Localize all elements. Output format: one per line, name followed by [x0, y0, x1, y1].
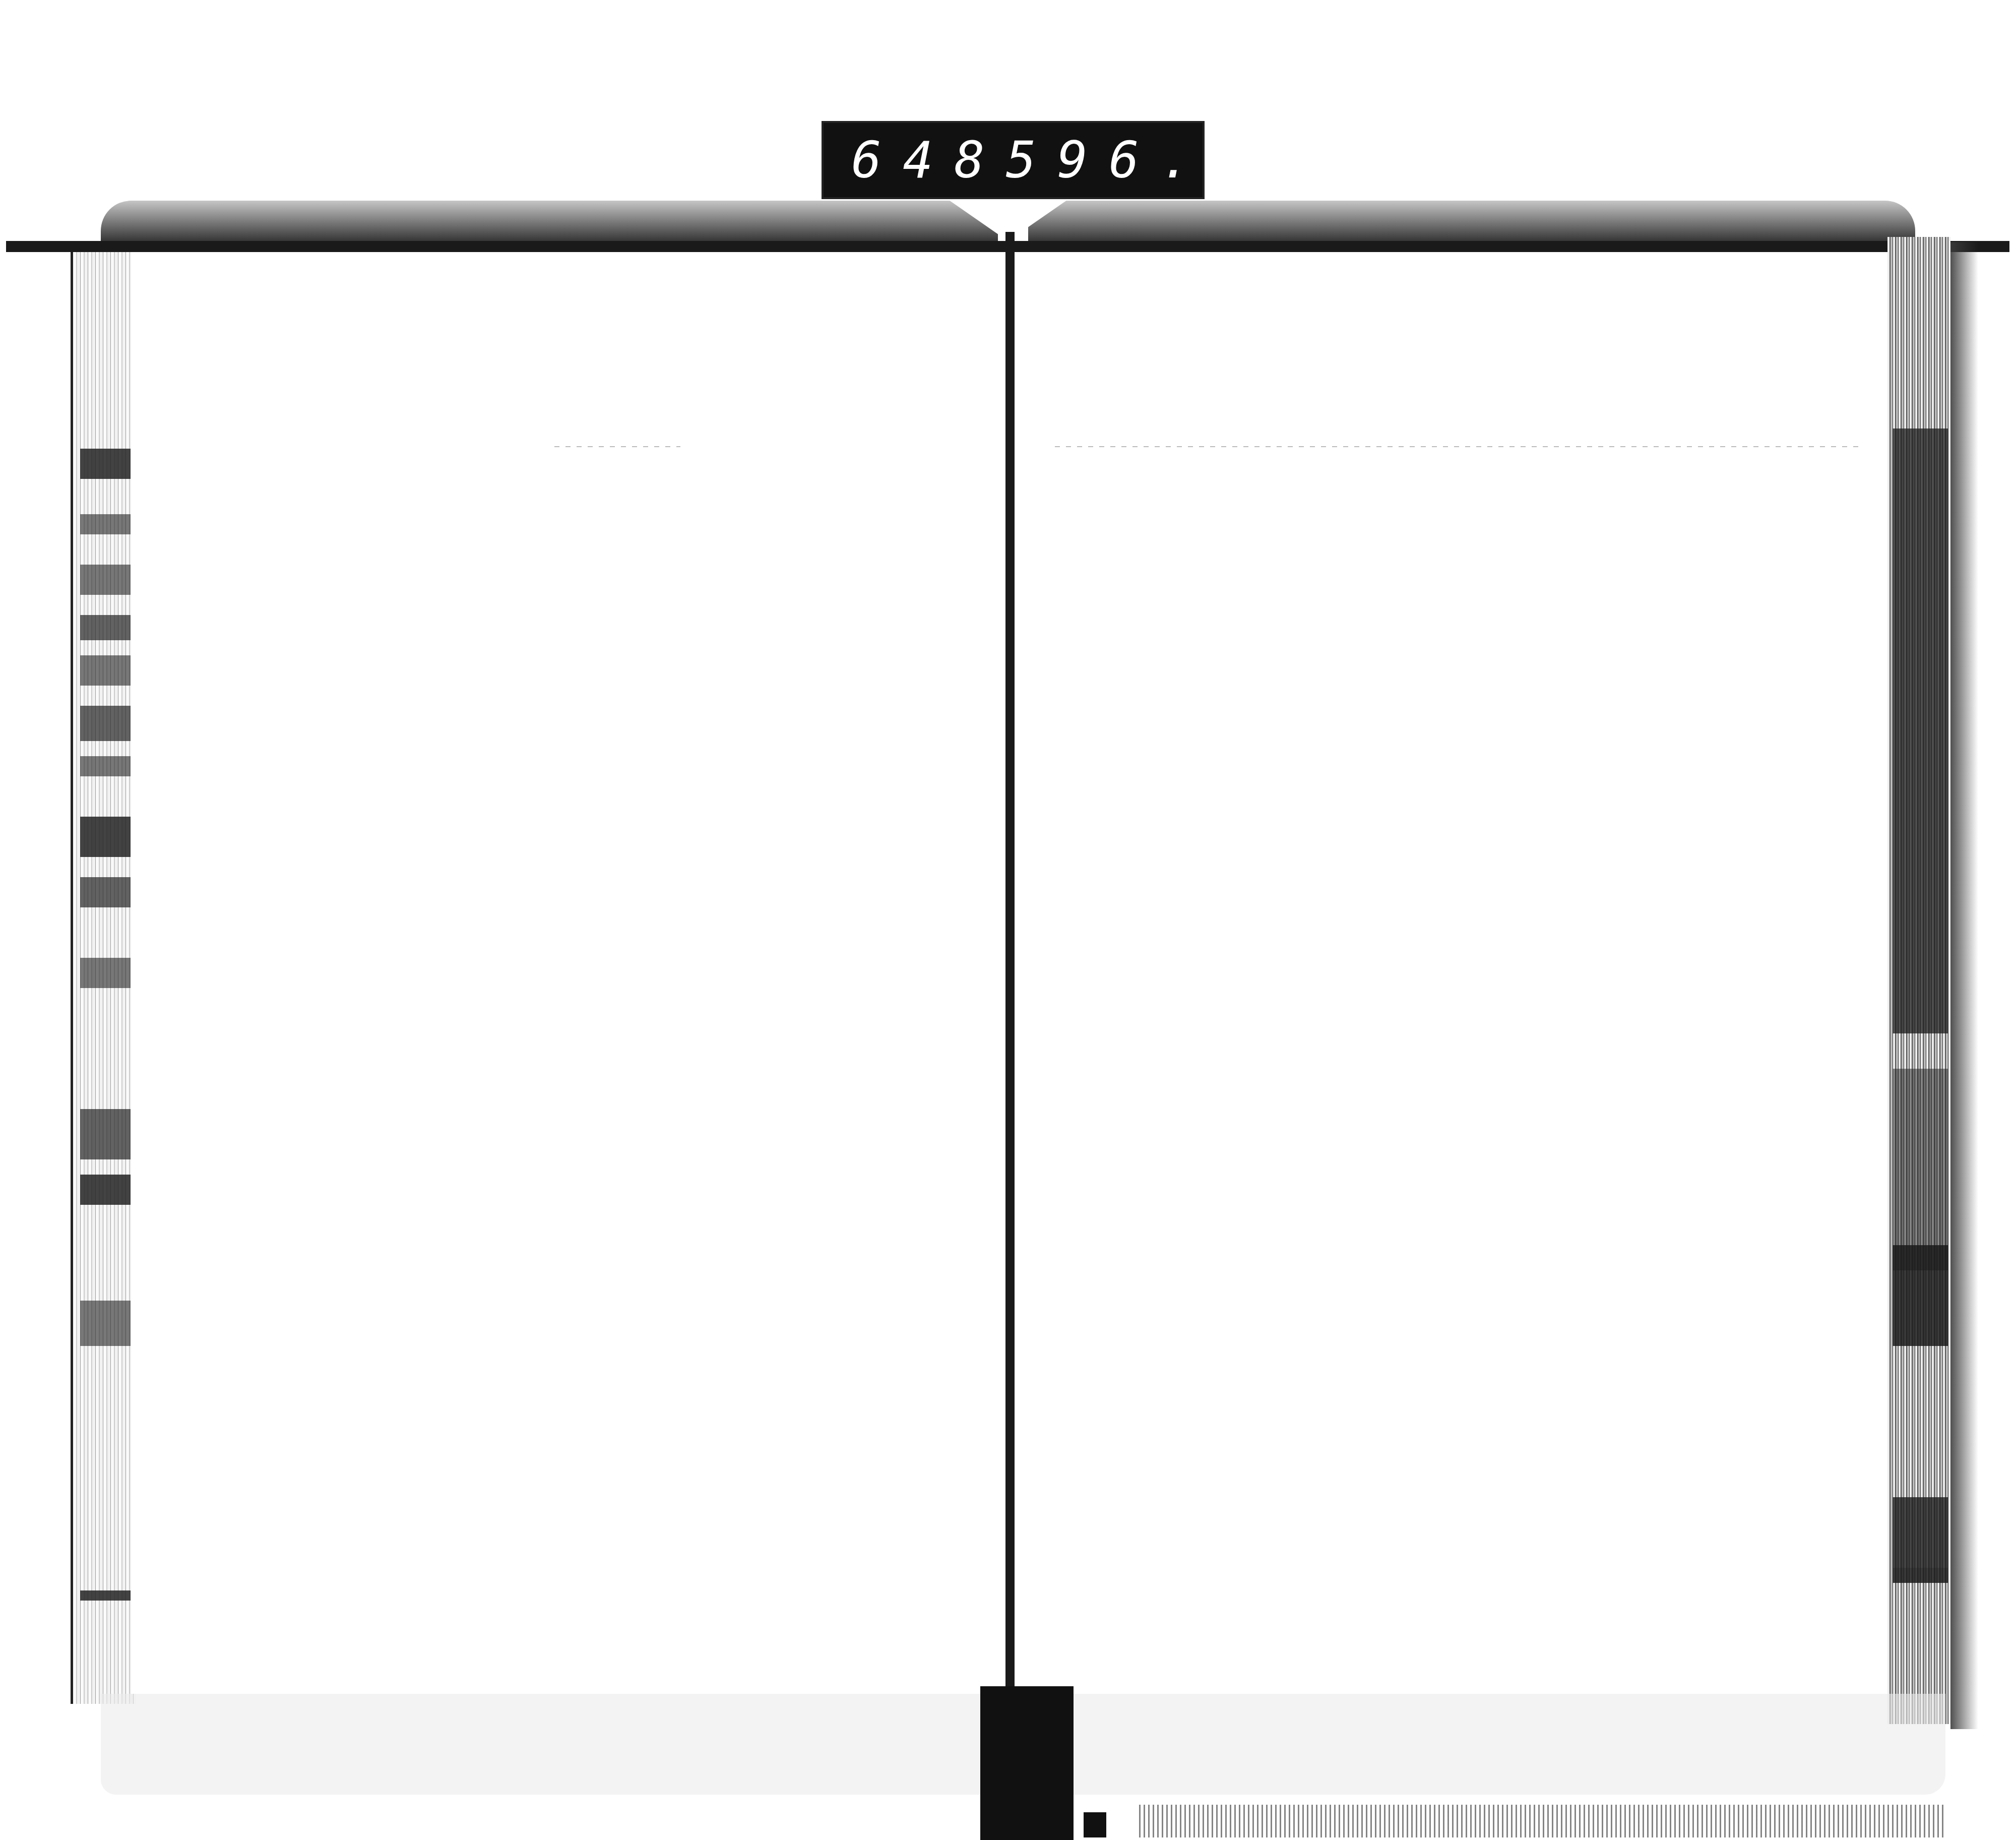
counter-left-value: 648	[851, 135, 1006, 186]
left-page-edges	[71, 252, 136, 1704]
center-gutter	[1005, 232, 1015, 1689]
bottom-page-edge-left	[101, 1694, 980, 1795]
right-page-edges	[1887, 237, 1950, 1724]
right-page	[1015, 252, 1904, 1684]
bottom-page-edge-right	[1074, 1694, 1945, 1795]
counter-right-value: 596.	[1006, 135, 1212, 186]
top-edge-shadow-right	[1028, 201, 1915, 242]
top-edge-shadow-left	[101, 201, 998, 242]
right-page-faint-rule	[1055, 446, 1861, 447]
left-page-faint-rule	[554, 446, 680, 447]
bottom-center-clamp	[980, 1686, 1074, 1840]
page-counter-label: 648 596.	[822, 121, 1205, 199]
floor-shadow	[1139, 1805, 1945, 1837]
bottom-clamp-tab	[1084, 1812, 1106, 1837]
left-page	[131, 252, 1005, 1694]
